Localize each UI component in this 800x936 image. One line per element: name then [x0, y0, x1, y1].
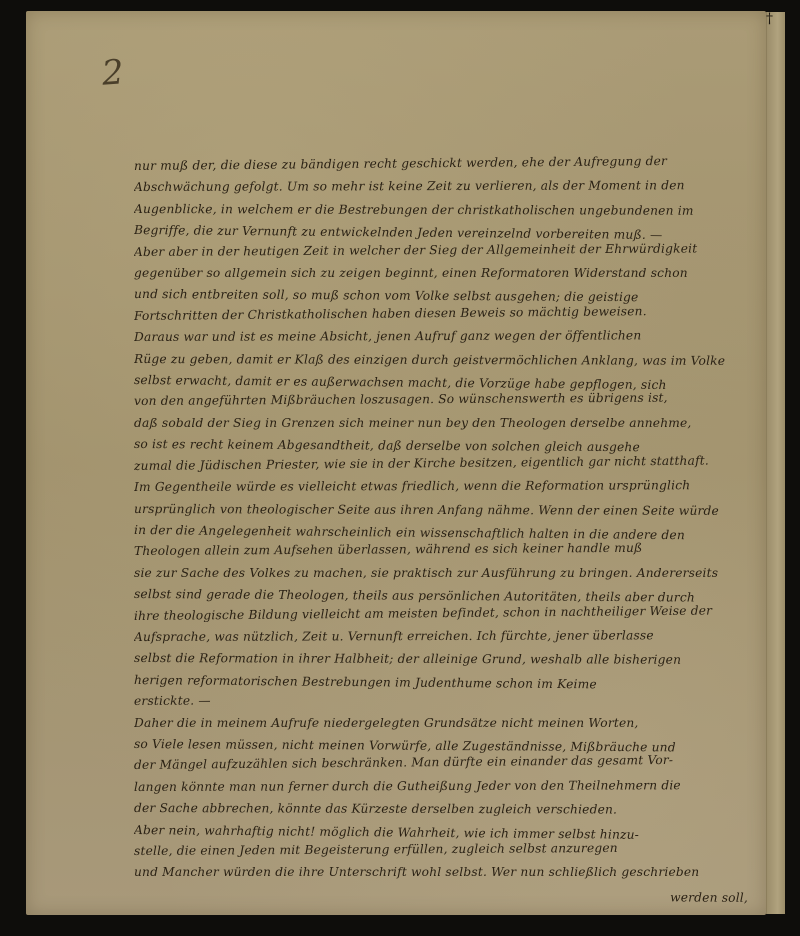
manuscript-text-block: nur muß der, die diese zu bändigen recht…	[134, 156, 774, 905]
manuscript-line: Rüge zu geben, damit er Klaß des einzige…	[134, 349, 774, 372]
manuscript-line: Augenblicke, in welchem er die Bestrebun…	[134, 199, 774, 222]
manuscript-line: gegenüber so allgemein sich zu zeigen be…	[134, 263, 774, 284]
manuscript-line: Aber aber in der heutigen Zeit in welche…	[134, 238, 774, 263]
manuscript-line: werden soll,	[134, 884, 774, 909]
page-number: 2	[101, 55, 125, 90]
manuscript-line: Theologen allein zum Aufsehen überlassen…	[134, 537, 774, 562]
manuscript-line: sie zur Sache des Volkes zu machen, sie …	[134, 563, 774, 584]
manuscript-line: Abschwächung gefolgt. Um so mehr ist kei…	[134, 175, 774, 198]
manuscript-line: der Mängel aufzuzählen sich beschränken.…	[134, 749, 774, 776]
manuscript-line: daß sobald der Sieg in Grenzen sich mein…	[134, 413, 774, 434]
manuscript-line: der Sache abbrechen, könnte das Kürzeste…	[134, 798, 774, 821]
corner-mark: †	[766, 12, 774, 24]
manuscript-line: erstickte. —	[134, 687, 774, 712]
manuscript-line: ursprünglich von theologischer Seite aus…	[134, 499, 774, 522]
manuscript-line: Aufsprache, was nützlich, Zeit u. Vernun…	[134, 625, 774, 648]
manuscript-line: stelle, die einen Jeden mit Begeisterung…	[134, 837, 774, 862]
manuscript-line: langen könnte man nun ferner durch die G…	[134, 775, 774, 798]
manuscript-line: Daher die in meinem Aufrufe niedergelegt…	[134, 713, 774, 734]
manuscript-line: Daraus war und ist es meine Absicht, jen…	[134, 325, 774, 348]
manuscript-line: und Mancher würden die ihre Unterschrift…	[134, 862, 774, 883]
manuscript-line: selbst die Reformation in ihrer Halbheit…	[134, 648, 774, 671]
manuscript-line: von den angeführten Mißbräuchen loszusag…	[134, 387, 774, 412]
manuscript-line: Im Gegentheile würde es vielleicht etwas…	[134, 475, 774, 498]
